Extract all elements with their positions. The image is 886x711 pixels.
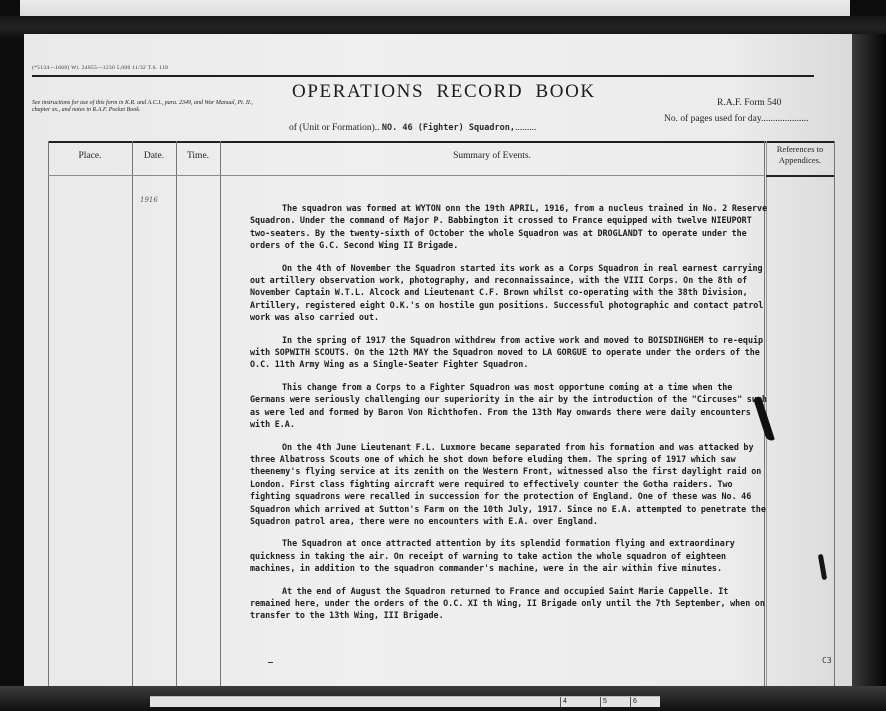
summary-paragraph: On the 4th June Lieutenant F.L. Luxmore … xyxy=(250,441,770,528)
right-edge-shadow xyxy=(852,34,886,711)
unit-value: NO. 46 (Fighter) Squadron, xyxy=(382,123,515,133)
summary-paragraph: The Squadron at once attracted attention… xyxy=(250,537,770,574)
end-dash xyxy=(268,662,273,663)
ink-blot xyxy=(818,554,827,580)
ruler-label: 6 xyxy=(630,697,637,707)
pages-used-label: No. of pages used for day xyxy=(664,114,761,124)
unit-dots: .. xyxy=(375,123,382,133)
ruler-label: 5 xyxy=(600,697,607,707)
page-title: OPERATIONS RECORD BOOK xyxy=(292,81,596,103)
margin-note: C3 xyxy=(822,656,832,665)
document-page: (*5134—1660) Wt. 24055—1230 5,000 11/32 … xyxy=(24,34,854,686)
form-print-code: (*5134—1660) Wt. 24055—1230 5,000 11/32 … xyxy=(32,65,168,71)
summary-paragraph: The squadron was formed at WYTON onn the… xyxy=(250,202,770,252)
column-header-references: References to Appendices. xyxy=(766,144,834,165)
table-border-right xyxy=(834,141,835,686)
table-border-left xyxy=(48,141,49,686)
references-header-divider xyxy=(766,175,834,177)
unit-label: of (Unit or Formation) xyxy=(289,123,375,133)
summary-paragraph: This change from a Corps to a Fighter Sq… xyxy=(250,381,770,431)
column-divider-place-date xyxy=(132,141,133,686)
summary-paragraph: On the 4th of November the Squadron star… xyxy=(250,262,770,324)
form-number: R.A.F. Form 540 xyxy=(717,98,781,108)
form-instructions: See instructions for use of this form in… xyxy=(32,100,272,114)
table-top-rule xyxy=(48,141,834,143)
pages-used-dots: .................... xyxy=(761,114,809,124)
column-header-time: Time. xyxy=(176,151,220,161)
ruler-label: 4 xyxy=(560,697,567,707)
column-divider-date-time xyxy=(176,141,177,686)
summary-paragraph: In the spring of 1917 the Squadron withd… xyxy=(250,334,770,371)
previous-page-edge xyxy=(20,0,850,16)
unit-formation-field: of (Unit or Formation).. NO. 46 (Fighter… xyxy=(289,123,536,133)
column-header-summary: Summary of Events. xyxy=(220,151,764,161)
header-rule xyxy=(32,75,814,77)
summary-of-events: The squadron was formed at WYTON onn the… xyxy=(250,202,770,632)
scale-ruler: 4 5 6 xyxy=(150,696,660,707)
header-divider xyxy=(48,175,764,176)
summary-paragraph: At the end of August the Squadron return… xyxy=(250,585,770,622)
column-header-date: Date. xyxy=(132,151,176,161)
column-divider-time-summary xyxy=(220,141,221,686)
column-header-place: Place. xyxy=(48,151,132,161)
pages-used-field: No. of pages used for day...............… xyxy=(664,114,809,124)
unit-trailing-dots: ......... xyxy=(515,123,536,133)
date-entry: 1916 xyxy=(140,196,158,204)
